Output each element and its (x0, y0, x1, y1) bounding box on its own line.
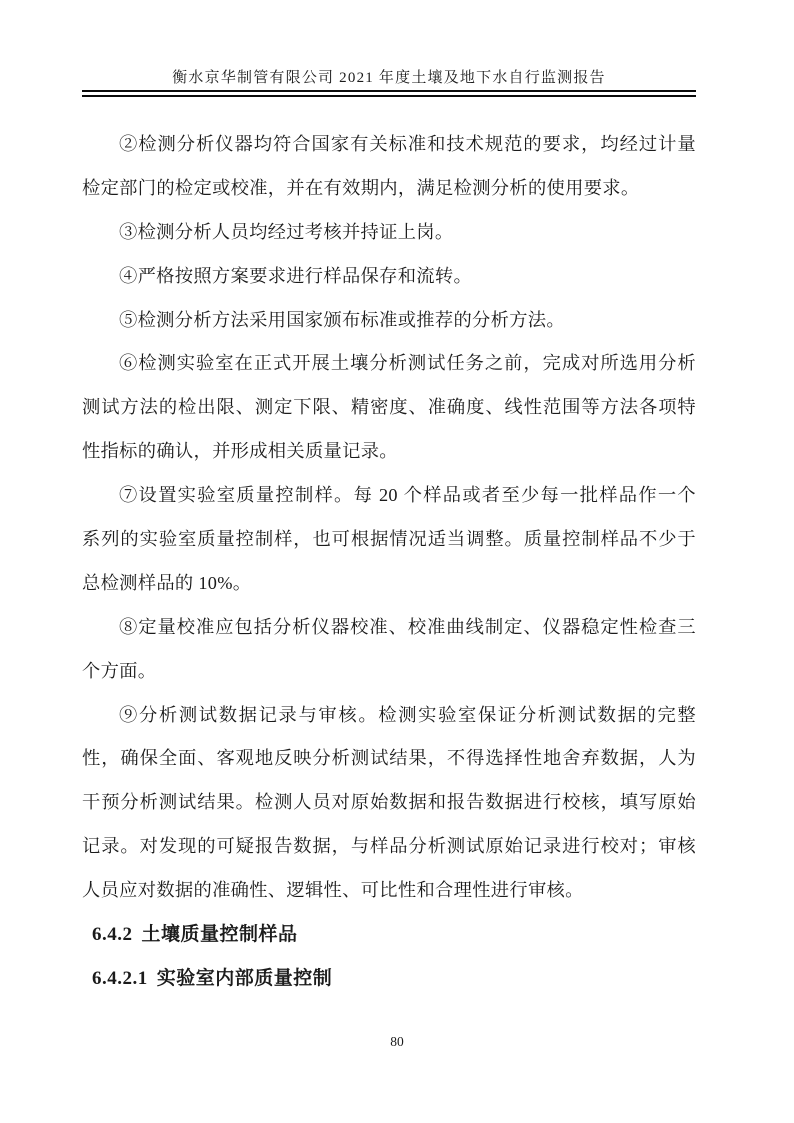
header-title: 衡水京华制管有限公司 2021 年度土壤及地下水自行监测报告 (82, 66, 696, 87)
paragraph-line: ④严格按照方案要求进行样品保存和流转。 (82, 255, 696, 299)
section-heading-6-4-2: 6.4.2土壤质量控制样品 (82, 913, 696, 957)
page-footer: 80 (0, 1034, 794, 1050)
paragraph-line: 干预分析测试结果。检测人员对原始数据和报告数据进行校核，填写原始 (82, 781, 696, 825)
paragraph-line: ②检测分析仪器均符合国家有关标准和技术规范的要求，均经过计量 (82, 123, 696, 167)
section-number: 6.4.2.1 (92, 968, 148, 989)
paragraph-line: 总检测样品的 10%。 (82, 562, 696, 606)
header-rule (82, 90, 696, 97)
page-number: 80 (390, 1034, 404, 1049)
paragraph-line: 个方面。 (82, 650, 696, 694)
paragraph-line: 性指标的确认，并形成相关质量记录。 (82, 430, 696, 474)
paragraph-line: 测试方法的检出限、测定下限、精密度、准确度、线性范围等方法各项特 (82, 386, 696, 430)
document-page: 衡水京华制管有限公司 2021 年度土壤及地下水自行监测报告 ②检测分析仪器均符… (0, 0, 794, 1123)
paragraph-line: ③检测分析人员均经过考核并持证上岗。 (82, 211, 696, 255)
section-number: 6.4.2 (92, 924, 133, 945)
paragraph-line: ⑦设置实验室质量控制样。每 20 个样品或者至少每一批样品作一个 (82, 474, 696, 518)
paragraph-line: ⑤检测分析方法采用国家颁布标准或推荐的分析方法。 (82, 299, 696, 343)
section-title: 实验室内部质量控制 (157, 968, 333, 989)
paragraph-line: ⑥检测实验室在正式开展土壤分析测试任务之前，完成对所选用分析 (82, 342, 696, 386)
paragraph-line: 系列的实验室质量控制样，也可根据情况适当调整。质量控制样品不少于 (82, 518, 696, 562)
paragraph-line: ⑧定量校准应包括分析仪器校准、校准曲线制定、仪器稳定性检查三 (82, 606, 696, 650)
document-body: ②检测分析仪器均符合国家有关标准和技术规范的要求，均经过计量 检定部门的检定或校… (82, 123, 696, 1001)
paragraph-line: 检定部门的检定或校准，并在有效期内，满足检测分析的使用要求。 (82, 167, 696, 211)
paragraph-line: ⑨分析测试数据记录与审核。检测实验室保证分析测试数据的完整 (82, 694, 696, 738)
paragraph-line: 性，确保全面、客观地反映分析测试结果，不得选择性地舍弃数据，人为 (82, 737, 696, 781)
paragraph-line: 人员应对数据的准确性、逻辑性、可比性和合理性进行审核。 (82, 869, 696, 913)
section-heading-6-4-2-1: 6.4.2.1实验室内部质量控制 (82, 957, 696, 1001)
section-title: 土壤质量控制样品 (142, 924, 298, 945)
paragraph-line: 记录。对发现的可疑报告数据，与样品分析测试原始记录进行校对；审核 (82, 825, 696, 869)
